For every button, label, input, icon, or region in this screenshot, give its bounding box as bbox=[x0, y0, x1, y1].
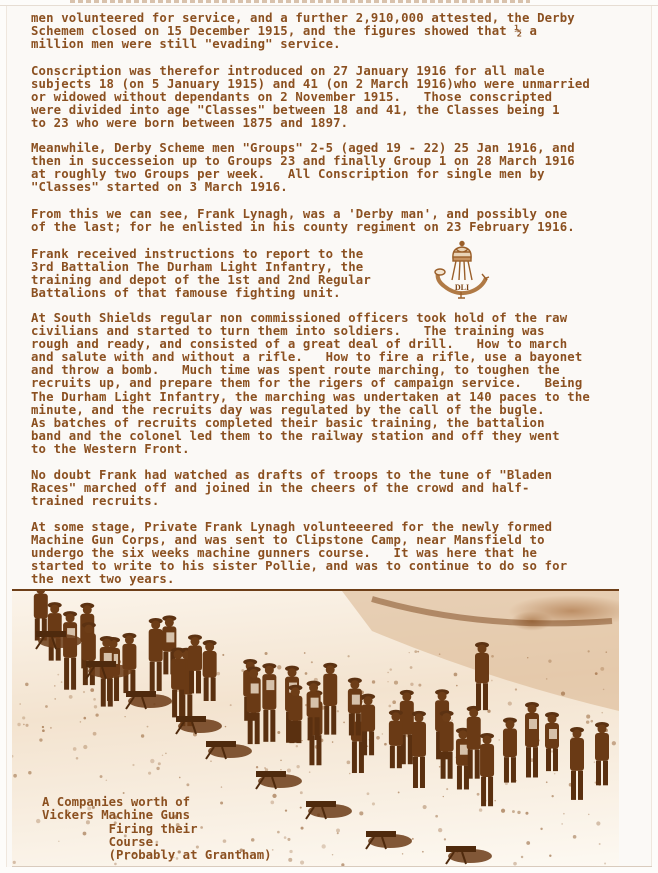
paragraph-derby-groups: Meanwhile, Derby Scheme men "Groups" 2-5… bbox=[31, 142, 575, 194]
paragraph-dli-report: Frank received instructions to report to… bbox=[31, 248, 371, 300]
paragraph-bladen-races: No doubt Frank had watched as drafts of … bbox=[31, 469, 552, 508]
page-bottom-edge bbox=[12, 866, 652, 867]
svg-text:DLI: DLI bbox=[455, 283, 469, 292]
machine-gun-company-photo: A Companies worth of Vickers Machine Gun… bbox=[12, 589, 619, 867]
paragraph-derby-man: From this we can see, Frank Lynagh, was … bbox=[31, 208, 575, 234]
paragraph-machine-gun-corps: At some stage, Private Frank Lynagh volu… bbox=[31, 521, 567, 586]
paragraph-conscription: Conscription was therefor introduced on … bbox=[31, 65, 590, 130]
photo-caption: A Companies worth of Vickers Machine Gun… bbox=[42, 796, 272, 862]
paragraph-derby-scheme-closing: men volunteered for service, and a furth… bbox=[31, 12, 575, 51]
cut-off-previous-line bbox=[70, 0, 530, 3]
dli-bugle-horn-crown-badge-icon: DLI bbox=[434, 240, 490, 302]
page-top-edge bbox=[0, 5, 658, 6]
paragraph-south-shields-training: At South Shields regular non commissione… bbox=[31, 312, 590, 456]
